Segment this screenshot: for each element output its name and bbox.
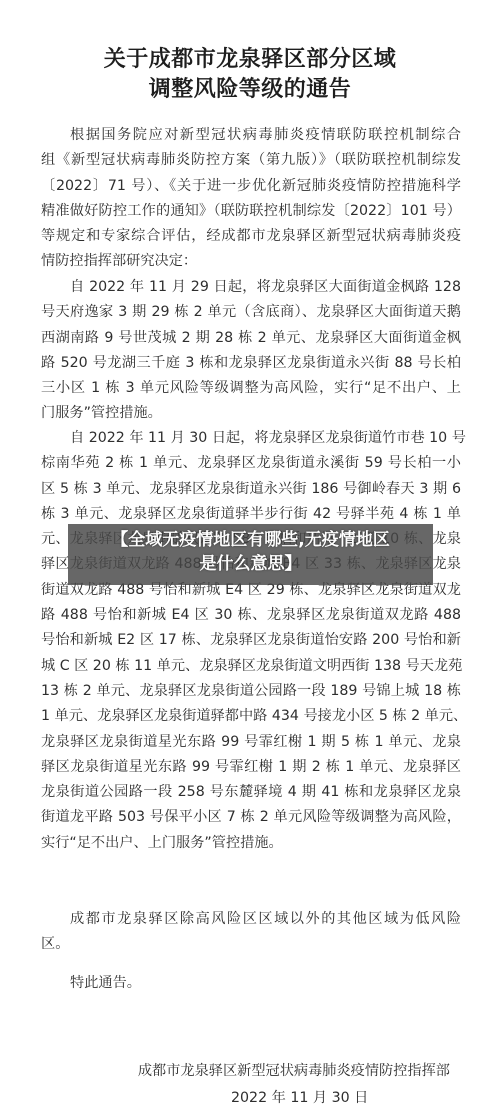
text-line: 龙泉驿区龙泉街道星光东路 99 号霏红榭 1 期 5 栋 1 单元、龙泉: [41, 730, 461, 755]
text-line: 棕南华苑 2 栋 1 单元、龙泉驿区龙泉街道永溪街 59 号长柏一小: [41, 451, 461, 476]
text-line: 〔2022〕71 号）、《关于进一步优化新冠肺炎疫情防控措施科学: [41, 174, 461, 199]
text-line: 自 2022 年 11 月 30 日起，将龙泉驿区龙泉街道竹市巷 10 号: [41, 426, 461, 451]
paragraph-nov-29-high-risk: 自 2022 年 11 月 29 日起，将龙泉驿区大面街道金枫路 128 号天府…: [41, 275, 461, 427]
text-line: 等规定和专家综合评估，经成都市龙泉驿区新型冠状病毒肺炎疫: [41, 224, 461, 249]
text-line: 驿区龙泉街道星光东路 99 号霏红榭 1 期 2 栋 1 单元、龙泉驿区: [41, 755, 461, 780]
text-line: 城 C 区 20 栋 11 单元、龙泉驿区龙泉街道文明西街 138 号天龙苑: [41, 654, 461, 679]
text-line: 情防控指挥部研究决定：: [41, 249, 461, 274]
signature-date: 2022 年 11 月 30 日: [231, 1087, 368, 1107]
text-line: 三小区 1 栋 3 单元风险等级调整为高风险，实行“足不出户、上: [41, 376, 461, 401]
banner-title-line-2: 是什么意思】: [68, 552, 433, 576]
text-line: 区 5 栋 3 单元、龙泉驿区龙泉街道永兴街 186 号御岭春天 3 期 6: [41, 477, 461, 502]
text-line: 路 520 号龙湖三千庭 3 栋和龙泉驿区龙泉街道永兴街 88 号长柏: [41, 351, 461, 376]
headline-overlay-banner: 【全域无疫情地区有哪些,无疫情地区 是什么意思】: [68, 524, 433, 585]
paragraph-closing: 特此通告。: [41, 971, 461, 996]
text-line: 街道龙平路 503 号保平小区 7 栋 2 单元风险等级调整为高风险，: [41, 805, 461, 830]
text-line: 号天府逸家 3 期 29 栋 2 单元（含底商）、龙泉驿区大面街道天鹅: [41, 300, 461, 325]
document-title-line-1: 关于成都市龙泉驿区部分区域: [0, 42, 500, 73]
text-line: 龙泉街道公园路一段 258 号东麓驿境 4 期 41 栋和龙泉驿区龙泉: [41, 780, 461, 805]
paragraph-nov-30-high-risk: 自 2022 年 11 月 30 日起，将龙泉驿区龙泉街道竹市巷 10 号 棕南…: [41, 426, 461, 856]
text-line: 组《新型冠状病毒肺炎防控方案（第九版）》（联防联控机制综发: [41, 148, 461, 173]
signature-organization: 成都市龙泉驿区新型冠状病毒肺炎疫情防控指挥部: [0, 1060, 500, 1080]
document-title-line-2: 调整风险等级的通告: [0, 72, 500, 103]
text-line: 号怡和新城 E2 区 17 栋、龙泉驿区龙泉街道怡安路 200 号怡和新: [41, 628, 461, 653]
text-line: 特此通告。: [41, 971, 461, 996]
text-line: 成都市龙泉驿区除高风险区区域以外的其他区域为低风险: [41, 907, 461, 932]
text-line: 区。: [41, 932, 461, 957]
text-line: 13 栋 2 单元、龙泉驿区龙泉街道公园路一段 189 号锦上城 18 栋: [41, 679, 461, 704]
paragraph-legal-basis: 根据国务院应对新型冠状病毒肺炎疫情联防联控机制综合 组《新型冠状病毒肺炎防控方案…: [41, 123, 461, 275]
text-line: 自 2022 年 11 月 29 日起，将龙泉驿区大面街道金枫路 128: [41, 275, 461, 300]
text-line: 精准做好防控工作的通知》（联防联控机制综发〔2022〕101 号）: [41, 199, 461, 224]
text-line: 根据国务院应对新型冠状病毒肺炎疫情联防联控机制综合: [41, 123, 461, 148]
text-line: 门服务”管控措施。: [41, 401, 461, 426]
text-line: 西湖南路 9 号世茂城 2 期 28 栋 2 单元、龙泉驿区大面街道金枫: [41, 326, 461, 351]
banner-title-line-1: 【全域无疫情地区有哪些,无疫情地区: [68, 528, 433, 552]
text-line: 实行“足不出户、上门服务”管控措施。: [41, 831, 461, 856]
text-line: 路 488 号怡和新城 E4 区 30 栋、龙泉驿区龙泉街道双龙路 488: [41, 603, 461, 628]
paragraph-low-risk: 成都市龙泉驿区除高风险区区域以外的其他区域为低风险 区。: [41, 907, 461, 958]
text-line: 1 单元、龙泉驿区龙泉街道驿都中路 434 号接龙小区 5 栋 2 单元、: [41, 704, 461, 729]
